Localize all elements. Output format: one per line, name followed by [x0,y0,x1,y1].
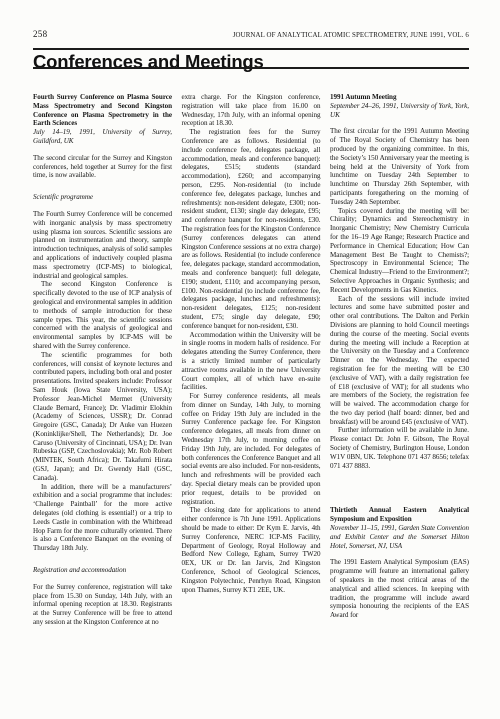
paragraph: The closing date for applications to att… [182,506,321,594]
page-number: 258 [33,29,47,39]
article-columns: Fourth Surrey Conference on Plasma Sourc… [33,93,469,627]
paragraph: In addition, there will be a manufacture… [33,483,172,553]
subheading-registration-accommodation: Registration and accommodation [33,566,172,575]
paragraph: The scientific programmes for both confe… [33,351,172,483]
article-title-surrey-kingston: Fourth Surrey Conference on Plasma Sourc… [33,93,172,128]
paragraph: The second circular for the Surrey and K… [33,154,172,180]
horizontal-rule-top [33,48,469,50]
column-right: 1991 Autumn MeetingSeptember 24–26, 1991… [330,93,469,627]
paragraph: Further information will be available in… [330,426,469,470]
paragraph: The first circular for the 1991 Autumn M… [330,127,469,206]
article-date-eastern-analytical: November 11–15, 1991, Garden State Conve… [330,524,469,550]
column-middle: extra charge. For the Kingston conferenc… [182,93,321,627]
paragraph: extra charge. For the Kingston conferenc… [182,93,321,128]
paragraph: For the Surrey conference, registration … [33,583,172,627]
article-date-surrey-kingston: July 14–19, 1991, University of Surrey, … [33,128,172,146]
subheading-scientific-programme: Scientific programme [33,193,172,202]
section-title: Conferences and Meetings [33,51,264,73]
horizontal-rule-bottom [33,67,469,69]
paragraph: The 1991 Eastern Analytical Symposium (E… [330,558,469,620]
paragraph: The registration fees for the Surrey Con… [182,128,321,330]
article-title-autumn-meeting: 1991 Autumn Meeting [330,93,469,102]
running-head: 258 JOURNAL OF ANALYTICAL ATOMIC SPECTRO… [33,29,469,39]
paragraph: The second Kingston Conference is specif… [33,280,172,350]
paragraph: The Fourth Surrey Conference will be con… [33,210,172,280]
journal-page: 258 JOURNAL OF ANALYTICAL ATOMIC SPECTRO… [0,0,500,719]
journal-title: JOURNAL OF ANALYTICAL ATOMIC SPECTROMETR… [233,32,469,39]
article-date-autumn-meeting: September 24–26, 1991, University of Yor… [330,102,469,120]
paragraph: Topics covered during the meeting will b… [330,207,469,295]
column-left: Fourth Surrey Conference on Plasma Sourc… [33,93,172,627]
paragraph: For Surrey conference residents, all mea… [182,392,321,506]
paragraph: Each of the sessions will include invite… [330,295,469,427]
article-title-eastern-analytical: Thirtieth Annual Eastern Analytical Symp… [330,506,469,524]
paragraph: Accommodation within the University will… [182,331,321,393]
